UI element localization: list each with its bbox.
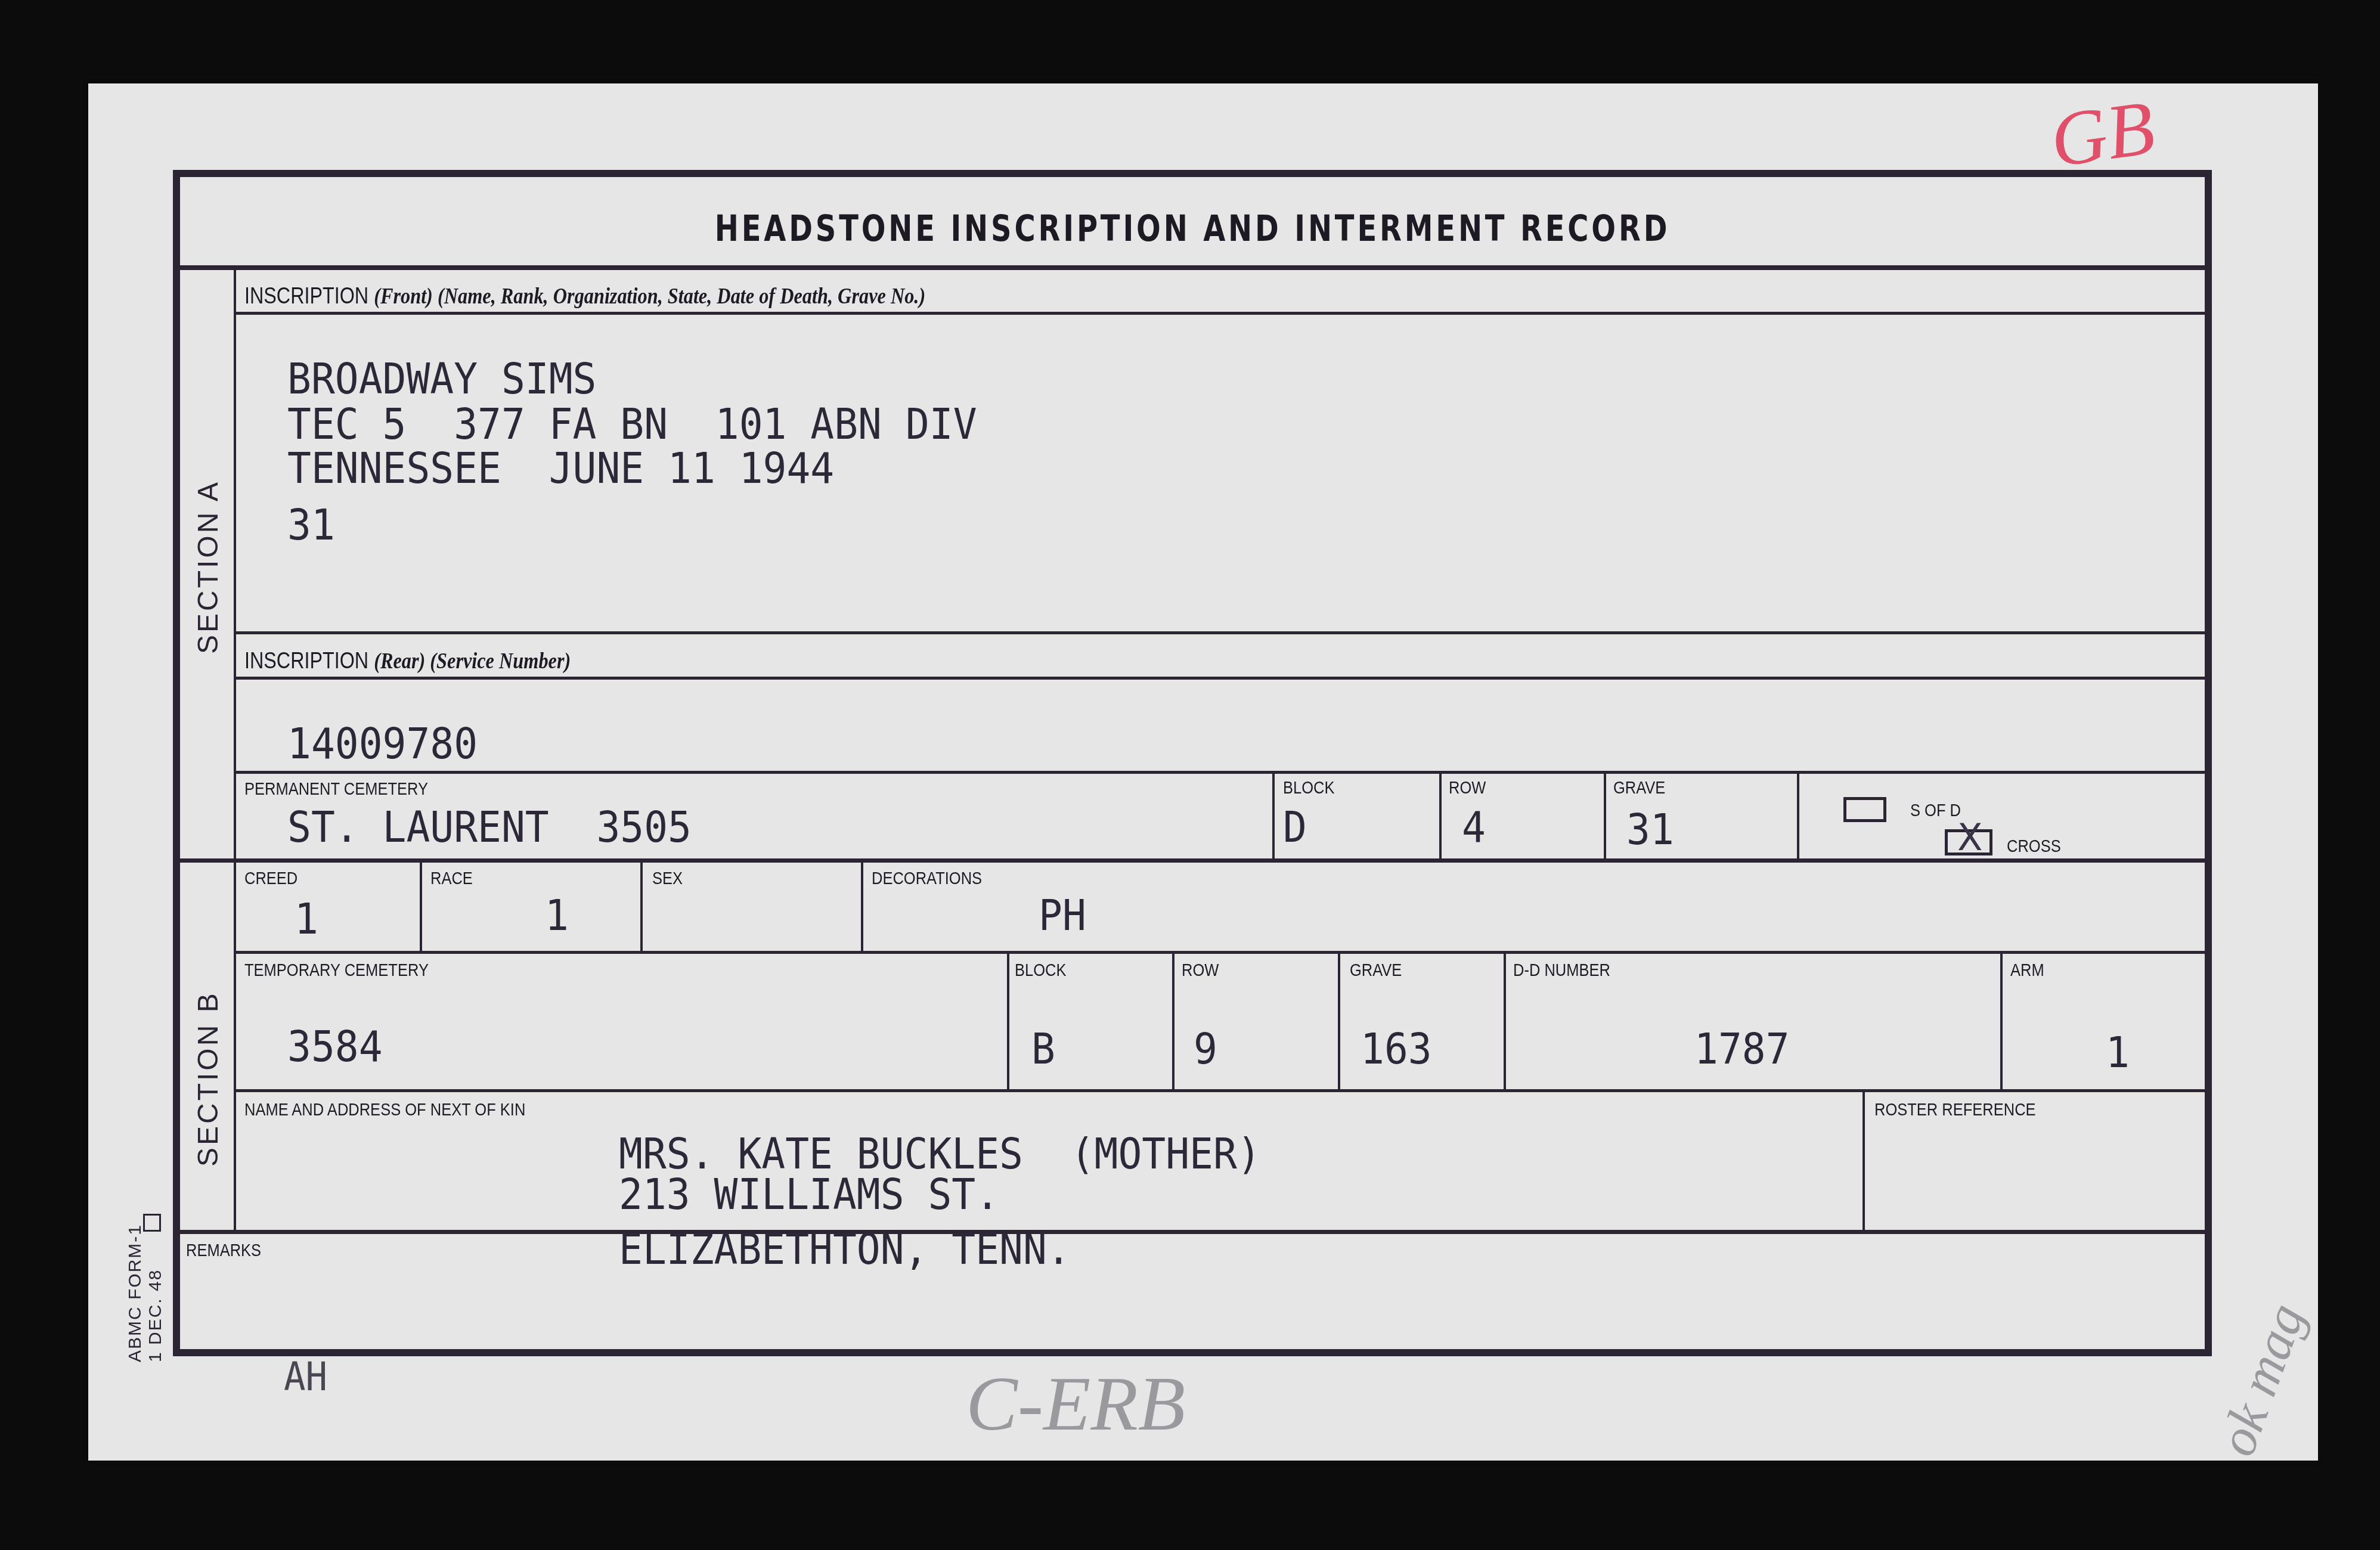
temporary-cemetery-value: 3584 [287, 1024, 383, 1069]
label-italic-text: (Front) (Name, Rank, Organization, State… [374, 284, 925, 309]
section-b-label: SECTION B [192, 991, 225, 1167]
label-text: INSCRIPTION [244, 649, 368, 674]
inscription-front-line1: BROADWAY SIMS [287, 356, 596, 401]
cell-divider [1172, 952, 1174, 1090]
cell-divider [861, 860, 863, 952]
cell-divider [1338, 952, 1340, 1090]
dd-number-label: D-D NUMBER [1513, 960, 1610, 981]
perm-row-label: ROW [1449, 778, 1486, 798]
temp-grave-value: 163 [1361, 1026, 1432, 1071]
form-id-line2: 1 DEC. 48 [145, 1269, 166, 1362]
perm-grave-value: 31 [1626, 807, 1674, 852]
next-of-kin-line3: ELIZABETHTON, TENN. [619, 1226, 1071, 1272]
divider [234, 951, 2205, 954]
race-label: RACE [430, 869, 473, 889]
perm-block-label: BLOCK [1283, 778, 1334, 798]
cell-divider [1504, 952, 1506, 1090]
cell-divider [1007, 952, 1009, 1090]
cross-label: CROSS [2007, 836, 2061, 857]
form-id-line1: ABMC FORM-1 [125, 1224, 145, 1362]
permanent-cemetery-label: PERMANENT CEMETERY [244, 779, 428, 799]
permanent-cemetery-value: ST. LAURENT 3505 [287, 804, 692, 850]
pencil-annotation-bottom: C-ERB [966, 1359, 1185, 1449]
remarks-label: REMARKS [186, 1241, 261, 1261]
roster-reference-label: ROSTER REFERENCE [1874, 1100, 2036, 1120]
creed-value: 1 [295, 896, 318, 941]
cell-divider [1797, 771, 1799, 860]
divider [234, 631, 2205, 634]
divider [180, 265, 2205, 270]
next-of-kin-line2: 213 WILLIAMS ST. [619, 1171, 999, 1217]
race-value: 1 [545, 892, 569, 938]
inscription-front-line2: TEC 5 377 FA BN 101 ABN DIV [287, 401, 977, 447]
arm-value: 1 [2106, 1030, 2130, 1075]
divider [180, 858, 2205, 863]
dd-number-value: 1787 [1694, 1026, 1790, 1071]
s-of-d-checkbox[interactable] [1843, 797, 1886, 822]
perm-block-value: D [1283, 804, 1307, 850]
service-number: 14009780 [287, 721, 478, 766]
cell-divider [640, 860, 643, 952]
typed-annotation-ah: AH [284, 1354, 327, 1400]
cross-checkbox[interactable]: X [1945, 829, 1992, 855]
inscription-front-line4: 31 [287, 502, 335, 547]
inscription-front-label: INSCRIPTION (Front) (Name, Rank, Organiz… [244, 283, 925, 309]
temp-block-label: BLOCK [1015, 960, 1066, 981]
divider [234, 1089, 2205, 1092]
label-text: INSCRIPTION [244, 284, 368, 309]
temp-row-label: ROW [1182, 960, 1219, 981]
form-title: HEADSTONE INSCRIPTION AND INTERMENT RECO… [383, 208, 2003, 250]
cell-divider [1863, 1090, 1865, 1231]
form-id-checkbox [143, 1214, 161, 1232]
inscription-rear-label: INSCRIPTION (Rear) (Service Number) [244, 648, 571, 674]
inscription-front-line3: TENNESSEE JUNE 11 1944 [287, 445, 834, 491]
section-column-divider [234, 265, 236, 1231]
divider [180, 1230, 2205, 1234]
temp-grave-label: GRAVE [1350, 960, 1402, 981]
sex-label: SEX [652, 869, 683, 889]
divider [234, 677, 2205, 680]
divider [234, 312, 2205, 315]
cell-divider [1272, 771, 1275, 860]
divider [234, 771, 2205, 774]
arm-label: ARM [2010, 960, 2044, 981]
s-of-d-label: S OF D [1910, 801, 1961, 821]
section-a-label: SECTION A [192, 480, 225, 654]
cell-divider [420, 860, 422, 952]
temp-row-value: 9 [1194, 1026, 1217, 1071]
x-mark-icon: X [1957, 816, 1982, 859]
label-italic-text: (Rear) (Service Number) [374, 649, 571, 674]
cell-divider [1439, 771, 1442, 860]
headstone-record-form: HEADSTONE INSCRIPTION AND INTERMENT RECO… [173, 170, 2212, 1356]
decorations-value: PH [1039, 892, 1086, 938]
perm-grave-label: GRAVE [1613, 778, 1665, 798]
perm-row-value: 4 [1462, 804, 1486, 850]
decorations-label: DECORATIONS [872, 869, 982, 889]
creed-label: CREED [244, 869, 297, 889]
next-of-kin-label: NAME AND ADDRESS OF NEXT OF KIN [244, 1100, 525, 1120]
cell-divider [1604, 771, 1606, 860]
temporary-cemetery-label: TEMPORARY CEMETERY [244, 960, 429, 981]
temp-block-value: B [1031, 1026, 1055, 1071]
cell-divider [2000, 952, 2003, 1090]
